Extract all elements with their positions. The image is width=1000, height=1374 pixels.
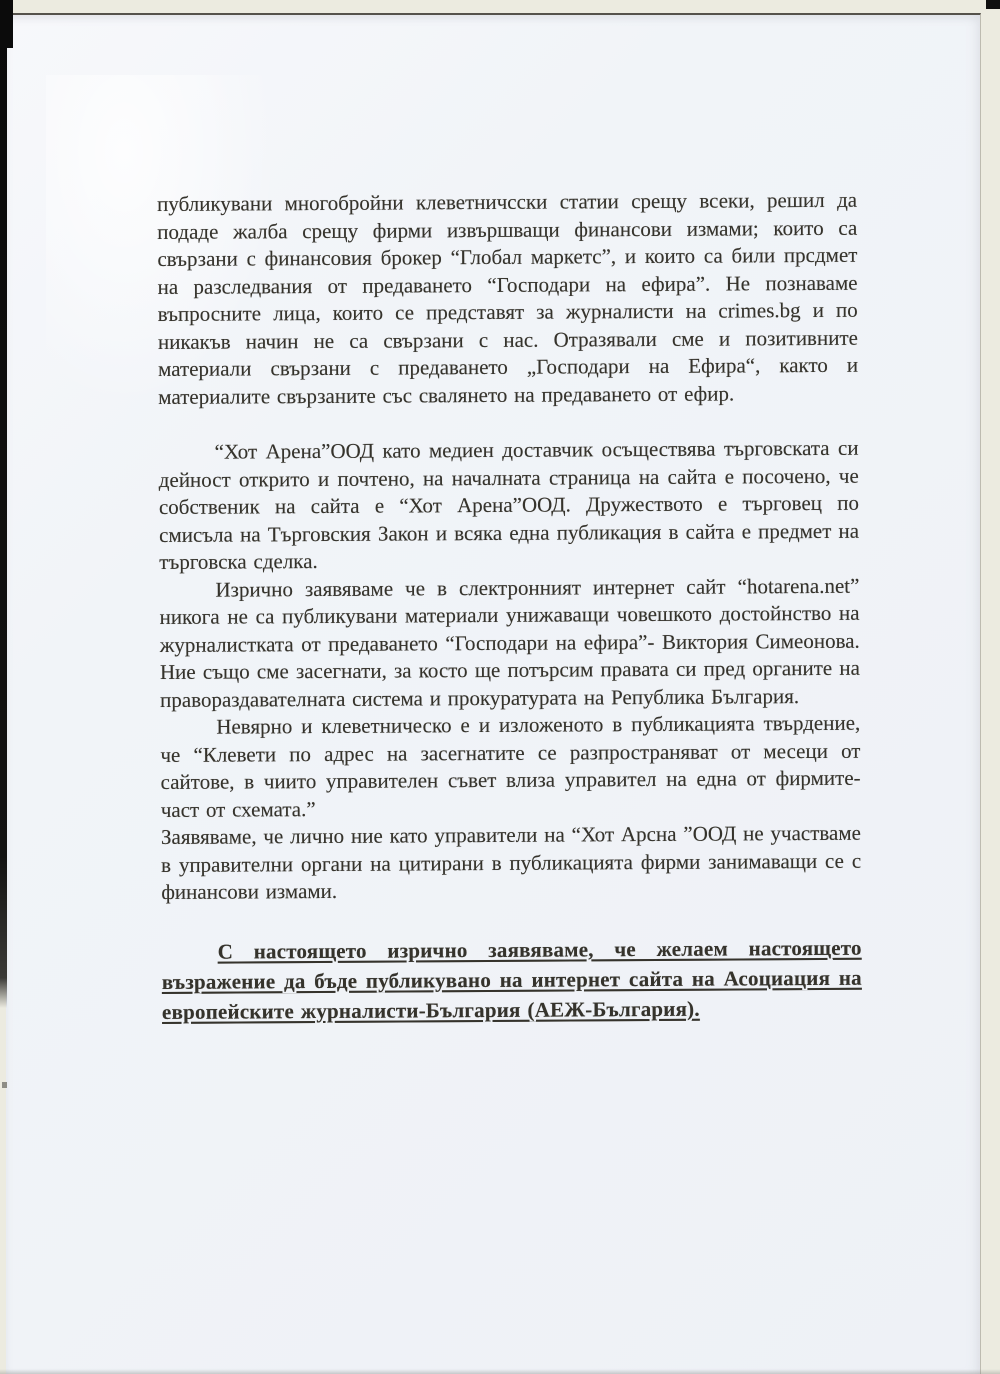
- paragraph-explicit-declaration: Изрично заявяваме че в слектронният инте…: [159, 572, 860, 714]
- paragraph-managers-statement: Заявяваме, че лично ние като управители …: [161, 820, 861, 907]
- paragraph-false-claim: Невярно и клеветническо е и изложеното в…: [160, 710, 861, 824]
- document-paper: публикувани многобройни клеветничсски ст…: [6, 13, 981, 1374]
- scan-speck: [2, 1082, 7, 1088]
- paragraph-hot-arena-activity: “Хот Арена”ООД като медиен доставчик осъ…: [159, 435, 860, 577]
- scanner-edge-left: [0, 0, 7, 1008]
- statement-publication-request: С настоящето изрично заявяваме, че желае…: [162, 932, 863, 1026]
- scanner-edge-top-right: [986, 0, 1000, 9]
- paragraph-continuation: публикувани многобройни клеветничсски ст…: [157, 187, 858, 411]
- document-text-block: публикувани многобройни клеветничсски ст…: [157, 187, 862, 1027]
- scanned-page: публикувани многобройни клеветничсски ст…: [0, 0, 1000, 1374]
- scanner-edge-corner: [0, 0, 13, 48]
- scan-bottom-shade: [0, 1369, 1000, 1374]
